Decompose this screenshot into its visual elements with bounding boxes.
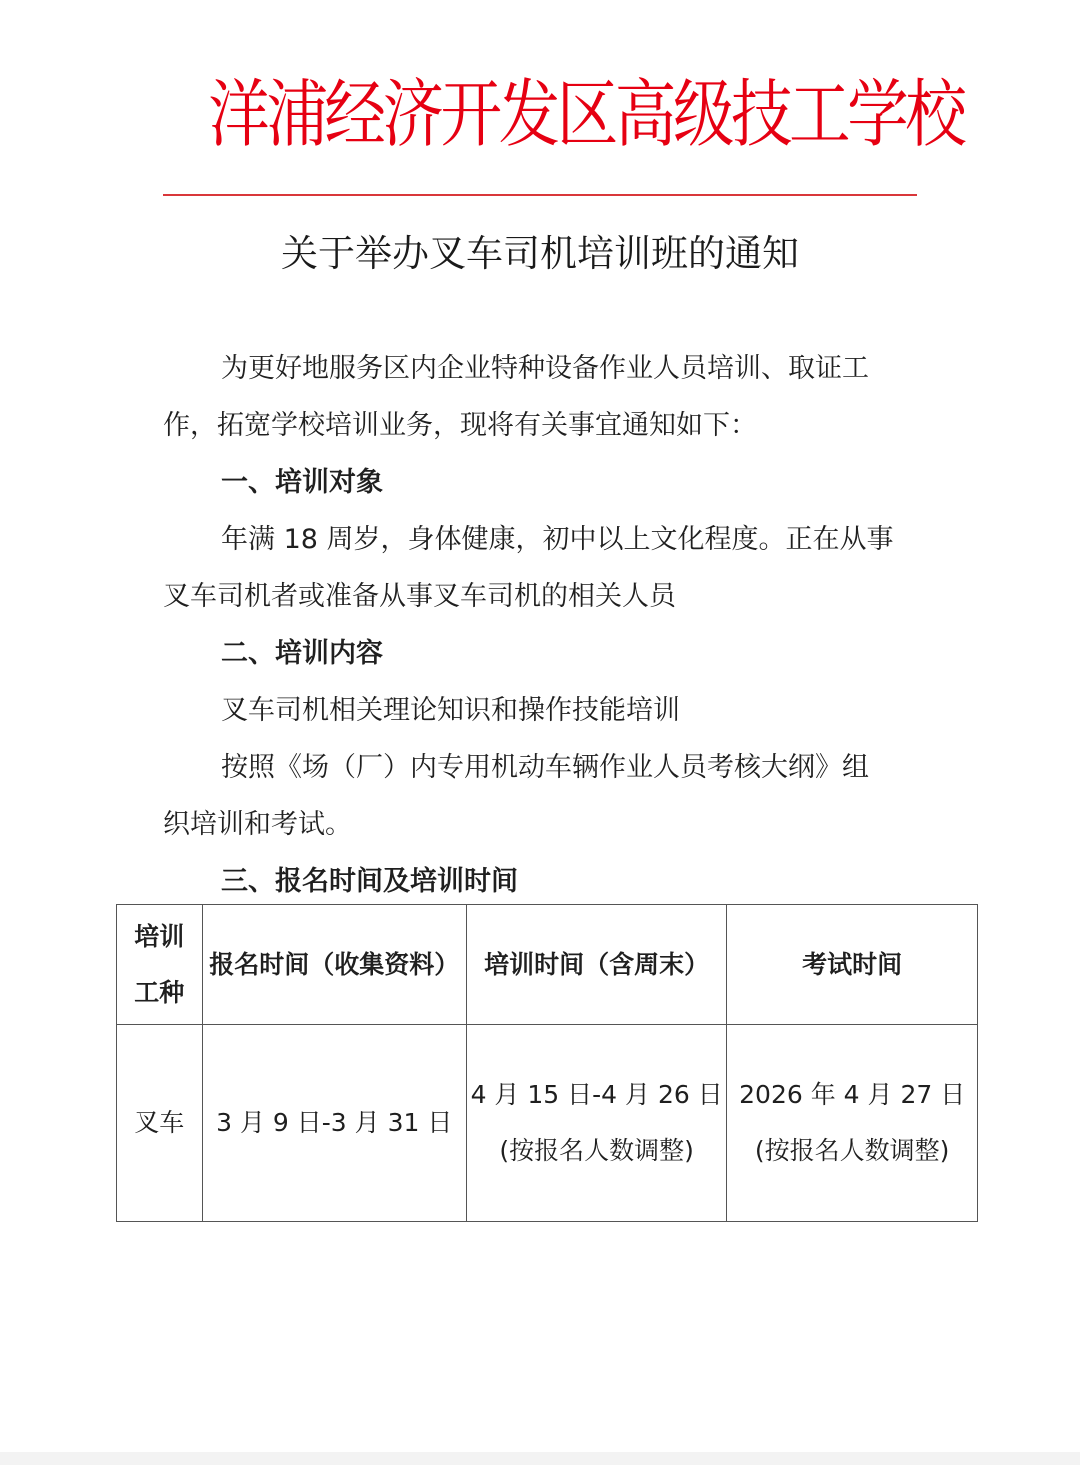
header-training-time: 培训时间（含周末） [466, 905, 726, 1025]
cell-registration-time: 3 月 9 日-3 月 31 日 [202, 1025, 466, 1222]
intro-line-1: 为更好地服务区内企业特种设备作业人员培训、取证工 [163, 340, 917, 397]
intro-line-2: 作，拓宽学校培训业务，现将有关事宜通知如下： [163, 397, 917, 454]
section-heading-content: 二、培训内容 [163, 625, 917, 682]
table-row: 叉车 3 月 9 日-3 月 31 日 4 月 15 日-4 月 26 日 (按… [117, 1025, 978, 1222]
content-line-1: 叉车司机相关理论知识和操作技能培训 [163, 682, 917, 739]
header-training-type: 培训 工种 [117, 905, 203, 1025]
cell-training-time: 4 月 15 日-4 月 26 日 (按报名人数调整) [466, 1025, 726, 1222]
header-training-type-line1: 培训 [117, 909, 202, 965]
bottom-band [0, 1452, 1080, 1465]
schedule-table: 培训 工种 报名时间（收集资料） 培训时间（含周末） 考试时间 叉车 3 月 9… [116, 904, 978, 1222]
header-exam-time: 考试时间 [727, 905, 978, 1025]
exam-date-note: (按报名人数调整) [727, 1123, 977, 1179]
exam-date: 2026 年 4 月 27 日 [727, 1067, 977, 1123]
table-header-row: 培训 工种 报名时间（收集资料） 培训时间（含周末） 考试时间 [117, 905, 978, 1025]
training-time-range: 4 月 15 日-4 月 26 日 [467, 1067, 726, 1123]
header-registration-time: 报名时间（收集资料） [202, 905, 466, 1025]
red-divider [163, 194, 917, 196]
school-masthead: 洋浦经济开发区高级技工学校 [208, 62, 872, 167]
content-line-3: 织培训和考试。 [163, 796, 917, 853]
header-training-type-line2: 工种 [117, 965, 202, 1021]
document-page: 洋浦经济开发区高级技工学校 关于举办叉车司机培训班的通知 为更好地服务区内企业特… [0, 0, 1080, 1452]
training-time-note: (按报名人数调整) [467, 1123, 726, 1179]
section-heading-target: 一、培训对象 [163, 454, 917, 511]
section-heading-schedule: 三、报名时间及培训时间 [163, 853, 917, 910]
cell-training-type: 叉车 [117, 1025, 203, 1222]
cell-exam-time: 2026 年 4 月 27 日 (按报名人数调整) [727, 1025, 978, 1222]
notice-body: 为更好地服务区内企业特种设备作业人员培训、取证工 作，拓宽学校培训业务，现将有关… [163, 340, 917, 910]
content-line-2: 按照《场（厂）内专用机动车辆作业人员考核大纲》组 [163, 739, 917, 796]
target-line-1: 年满 18 周岁，身体健康，初中以上文化程度。正在从事 [163, 511, 917, 568]
notice-title: 关于举办叉车司机培训班的通知 [0, 228, 1080, 280]
target-line-2: 叉车司机者或准备从事叉车司机的相关人员 [163, 568, 917, 625]
